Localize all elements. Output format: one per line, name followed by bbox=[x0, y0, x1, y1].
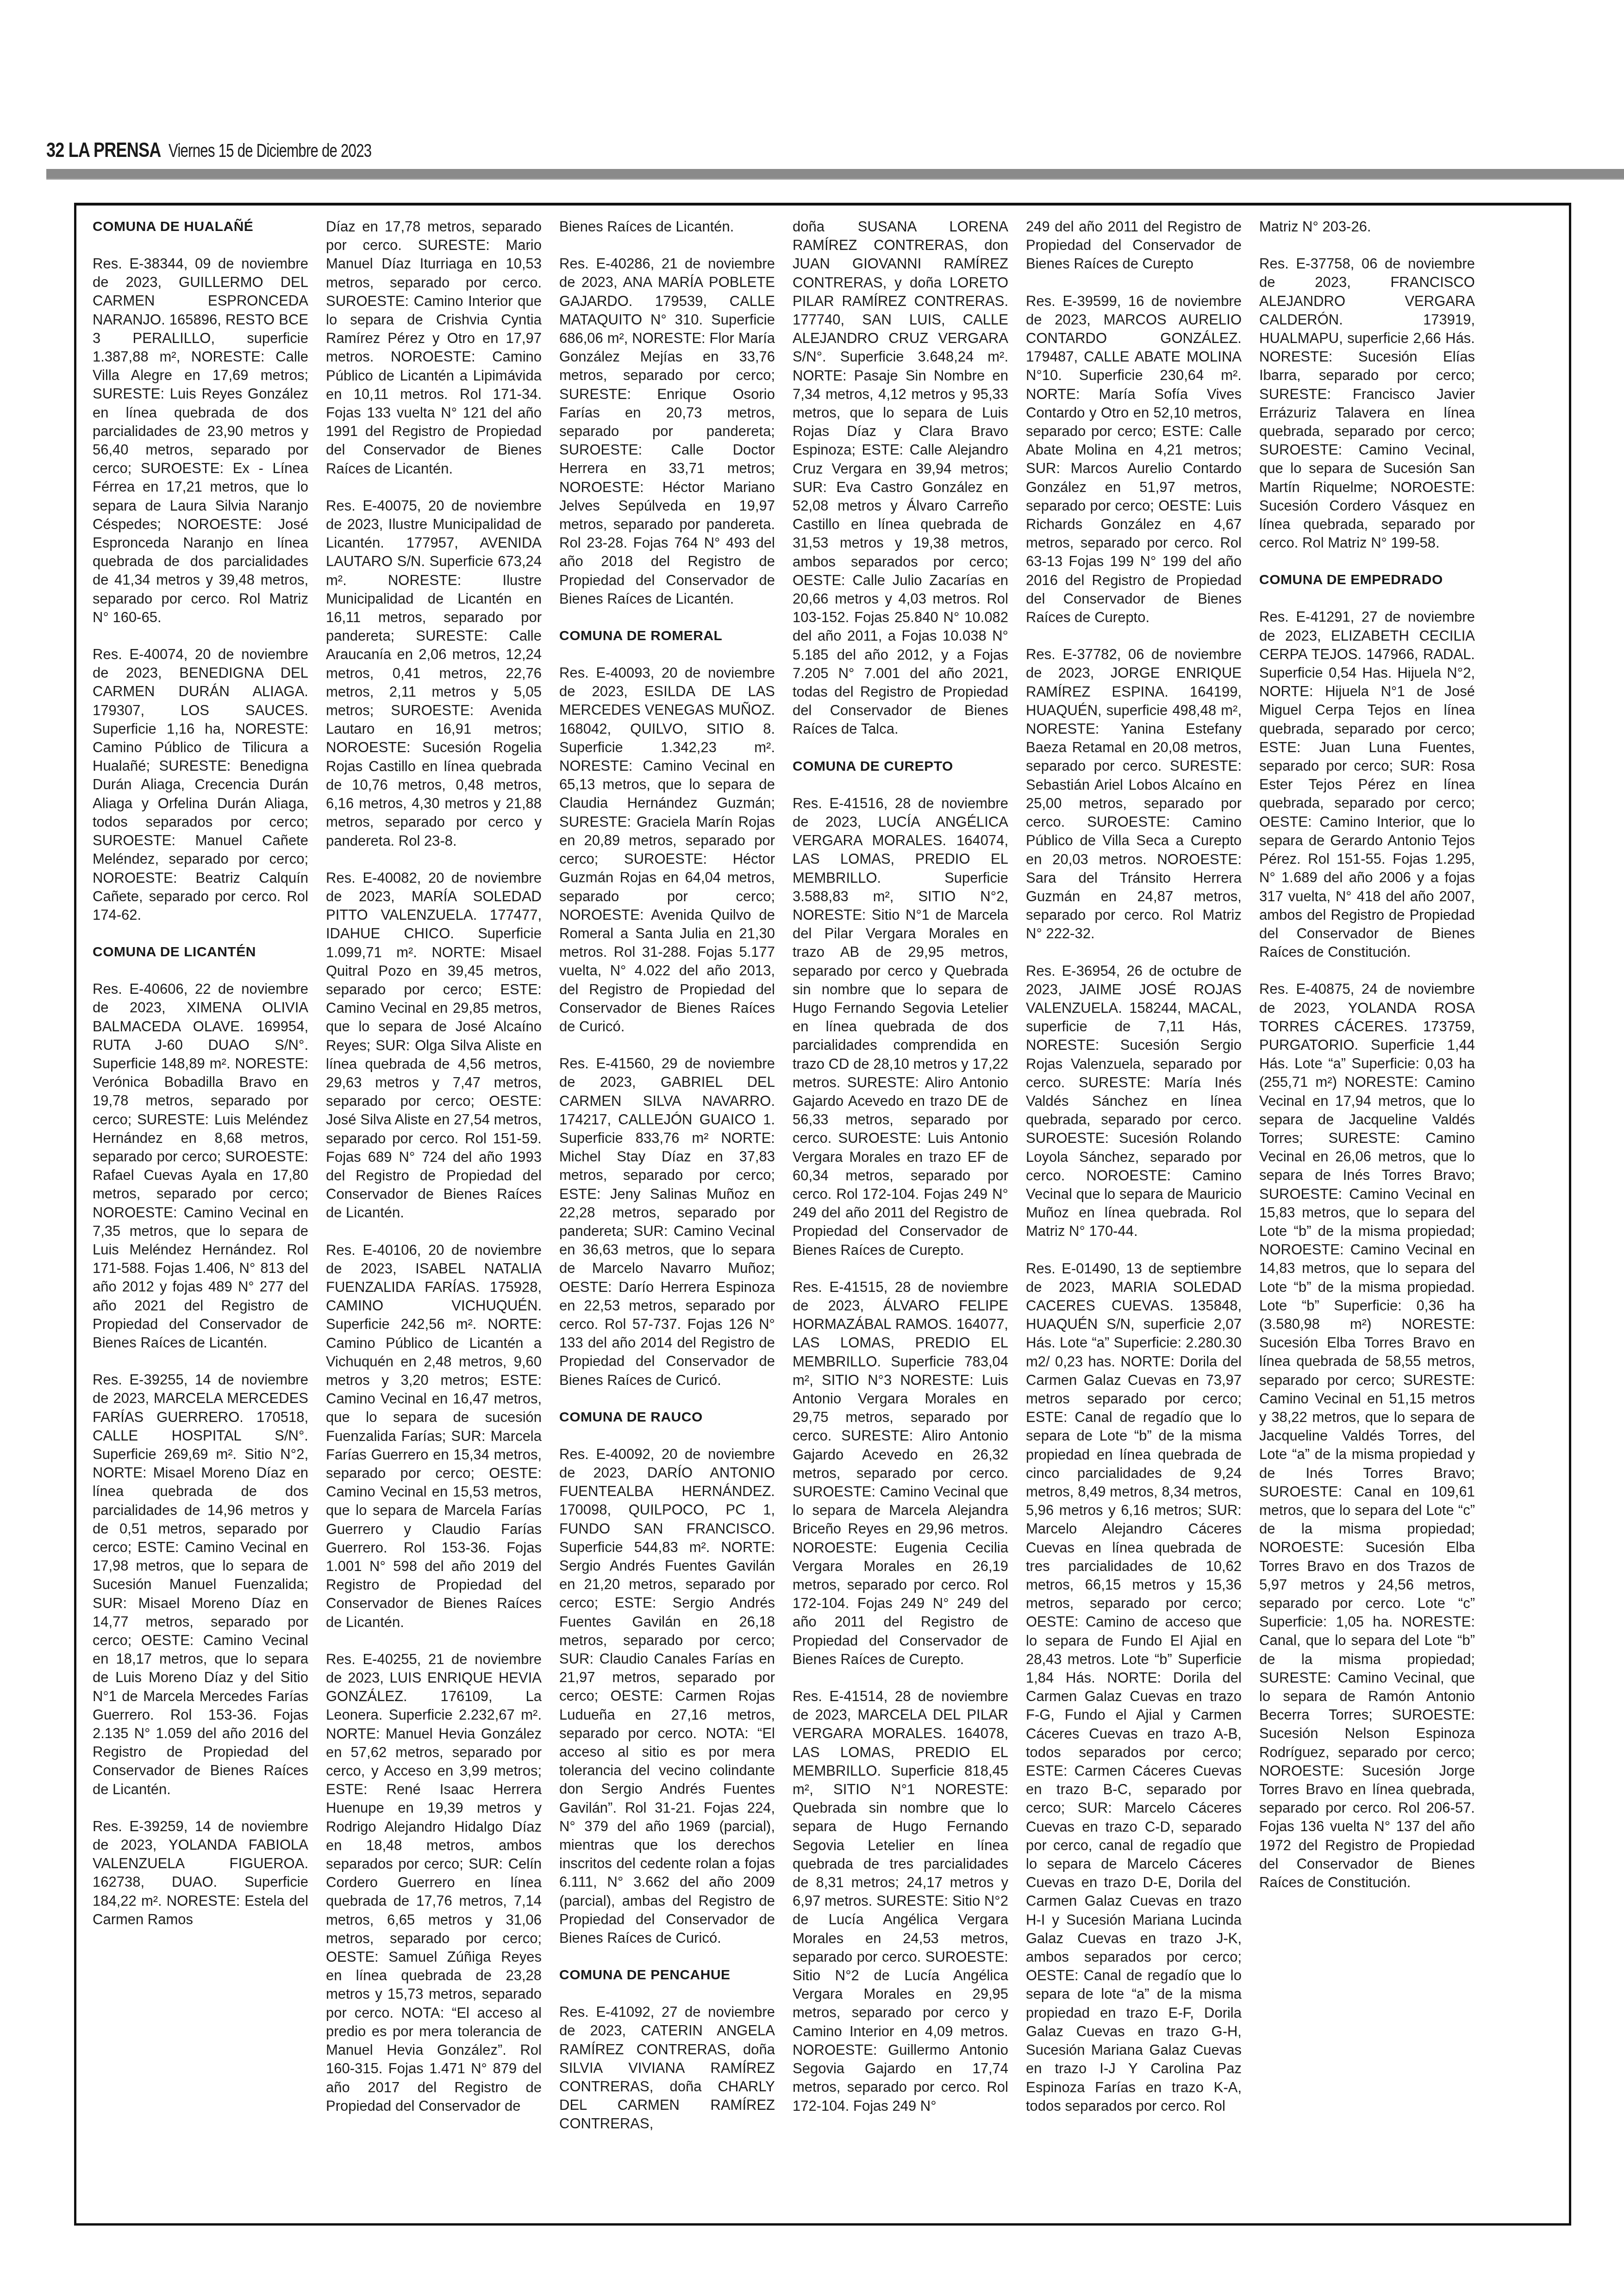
resolution-notice: Res. E-40875, 24 de noviembre de 2023, Y… bbox=[1259, 980, 1475, 1892]
page-number: 32 bbox=[46, 139, 64, 162]
page-folio: 32 LA PRENSA bbox=[46, 139, 161, 162]
comuna-heading: COMUNA DE LICANTÉN bbox=[93, 943, 308, 961]
comuna-heading: COMUNA DE EMPEDRADO bbox=[1259, 571, 1475, 589]
resolution-notice: Matriz N° 203-26. bbox=[1259, 218, 1475, 236]
resolution-notice: Res. E-41516, 28 de noviembre de 2023, L… bbox=[793, 794, 1008, 1260]
resolution-notice: Díaz en 17,78 metros, separado por cerco… bbox=[326, 218, 542, 478]
resolution-notice: Bienes Raíces de Licantén. bbox=[559, 218, 775, 236]
resolution-notice: Res. E-39259, 14 de noviembre de 2023, Y… bbox=[93, 1817, 308, 1929]
column-5: 249 del año 2011 del Registro de Propied… bbox=[1026, 218, 1242, 2217]
comuna-heading: COMUNA DE CUREPTO bbox=[793, 757, 1008, 776]
resolution-notice: Res. E-40075, 20 de noviembre de 2023, I… bbox=[326, 497, 542, 850]
resolution-notice: Res. E-39599, 16 de noviembre de 2023, M… bbox=[1026, 292, 1242, 627]
resolution-notice: Res. E-40074, 20 de noviembre de 2023, B… bbox=[93, 645, 308, 924]
publication-name: LA PRENSA bbox=[69, 139, 161, 162]
comuna-heading: COMUNA DE RAUCO bbox=[559, 1408, 775, 1427]
resolution-notice: Res. E-40092, 20 de noviembre de 2023, D… bbox=[559, 1445, 775, 1947]
publication-date: Viernes 15 de Diciembre de 2023 bbox=[169, 141, 371, 162]
resolution-notice: 249 del año 2011 del Registro de Propied… bbox=[1026, 218, 1242, 274]
resolution-notice: Res. E-39255, 14 de noviembre de 2023, M… bbox=[93, 1371, 308, 1799]
resolution-notice: Res. E-41515, 28 de noviembre de 2023, Á… bbox=[793, 1278, 1008, 1669]
comuna-heading: COMUNA DE HUALAÑÉ bbox=[93, 218, 308, 236]
resolution-notice: Res. E-41560, 29 de noviembre de 2023, G… bbox=[559, 1054, 775, 1390]
resolution-notice: Res. E-40255, 21 de noviembre de 2023, L… bbox=[326, 1650, 542, 2115]
resolution-notice: Res. E-01490, 13 de septiembre de 2023, … bbox=[1026, 1260, 1242, 2115]
resolution-notice: Res. E-40606, 22 de noviembre de 2023, X… bbox=[93, 980, 308, 1352]
column-3: Bienes Raíces de Licantén.Res. E-40286, … bbox=[559, 218, 775, 2217]
notice-columns: COMUNA DE HUALAÑÉRes. E-38344, 09 de nov… bbox=[93, 218, 1574, 2217]
resolution-notice: doña SUSANA LORENA RAMÍREZ CONTRERAS, do… bbox=[793, 218, 1008, 739]
column-1: COMUNA DE HUALAÑÉRes. E-38344, 09 de nov… bbox=[93, 218, 308, 2217]
comuna-heading: COMUNA DE PENCAHUE bbox=[559, 1966, 775, 1984]
resolution-notice: Res. E-40286, 21 de noviembre de 2023, A… bbox=[559, 255, 775, 608]
comuna-heading: COMUNA DE ROMERAL bbox=[559, 627, 775, 645]
column-6: Matriz N° 203-26.Res. E-37758, 06 de nov… bbox=[1259, 218, 1475, 2217]
resolution-notice: Res. E-41291, 27 de noviembre de 2023, E… bbox=[1259, 608, 1475, 961]
resolution-notice: Res. E-38344, 09 de noviembre de 2023, G… bbox=[93, 255, 308, 627]
resolution-notice: Res. E-40082, 20 de noviembre de 2023, M… bbox=[326, 869, 542, 1222]
resolution-notice: Res. E-37758, 06 de noviembre de 2023, F… bbox=[1259, 255, 1475, 552]
column-4: doña SUSANA LORENA RAMÍREZ CONTRERAS, do… bbox=[793, 218, 1008, 2217]
resolution-notice: Res. E-41092, 27 de noviembre de 2023, C… bbox=[559, 2003, 775, 2133]
page-masthead: 32 LA PRENSA Viernes 15 de Diciembre de … bbox=[46, 139, 429, 171]
resolution-notice: Res. E-40106, 20 de noviembre de 2023, I… bbox=[326, 1241, 542, 1632]
resolution-notice: Res. E-41514, 28 de noviembre de 2023, M… bbox=[793, 1687, 1008, 2115]
resolution-notice: Res. E-36954, 26 de octubre de 2023, JAI… bbox=[1026, 962, 1242, 1241]
header-rule bbox=[46, 169, 1624, 180]
column-2: Díaz en 17,78 metros, separado por cerco… bbox=[326, 218, 542, 2217]
resolution-notice: Res. E-40093, 20 de noviembre de 2023, E… bbox=[559, 664, 775, 1036]
resolution-notice: Res. E-37782, 06 de noviembre de 2023, J… bbox=[1026, 645, 1242, 943]
